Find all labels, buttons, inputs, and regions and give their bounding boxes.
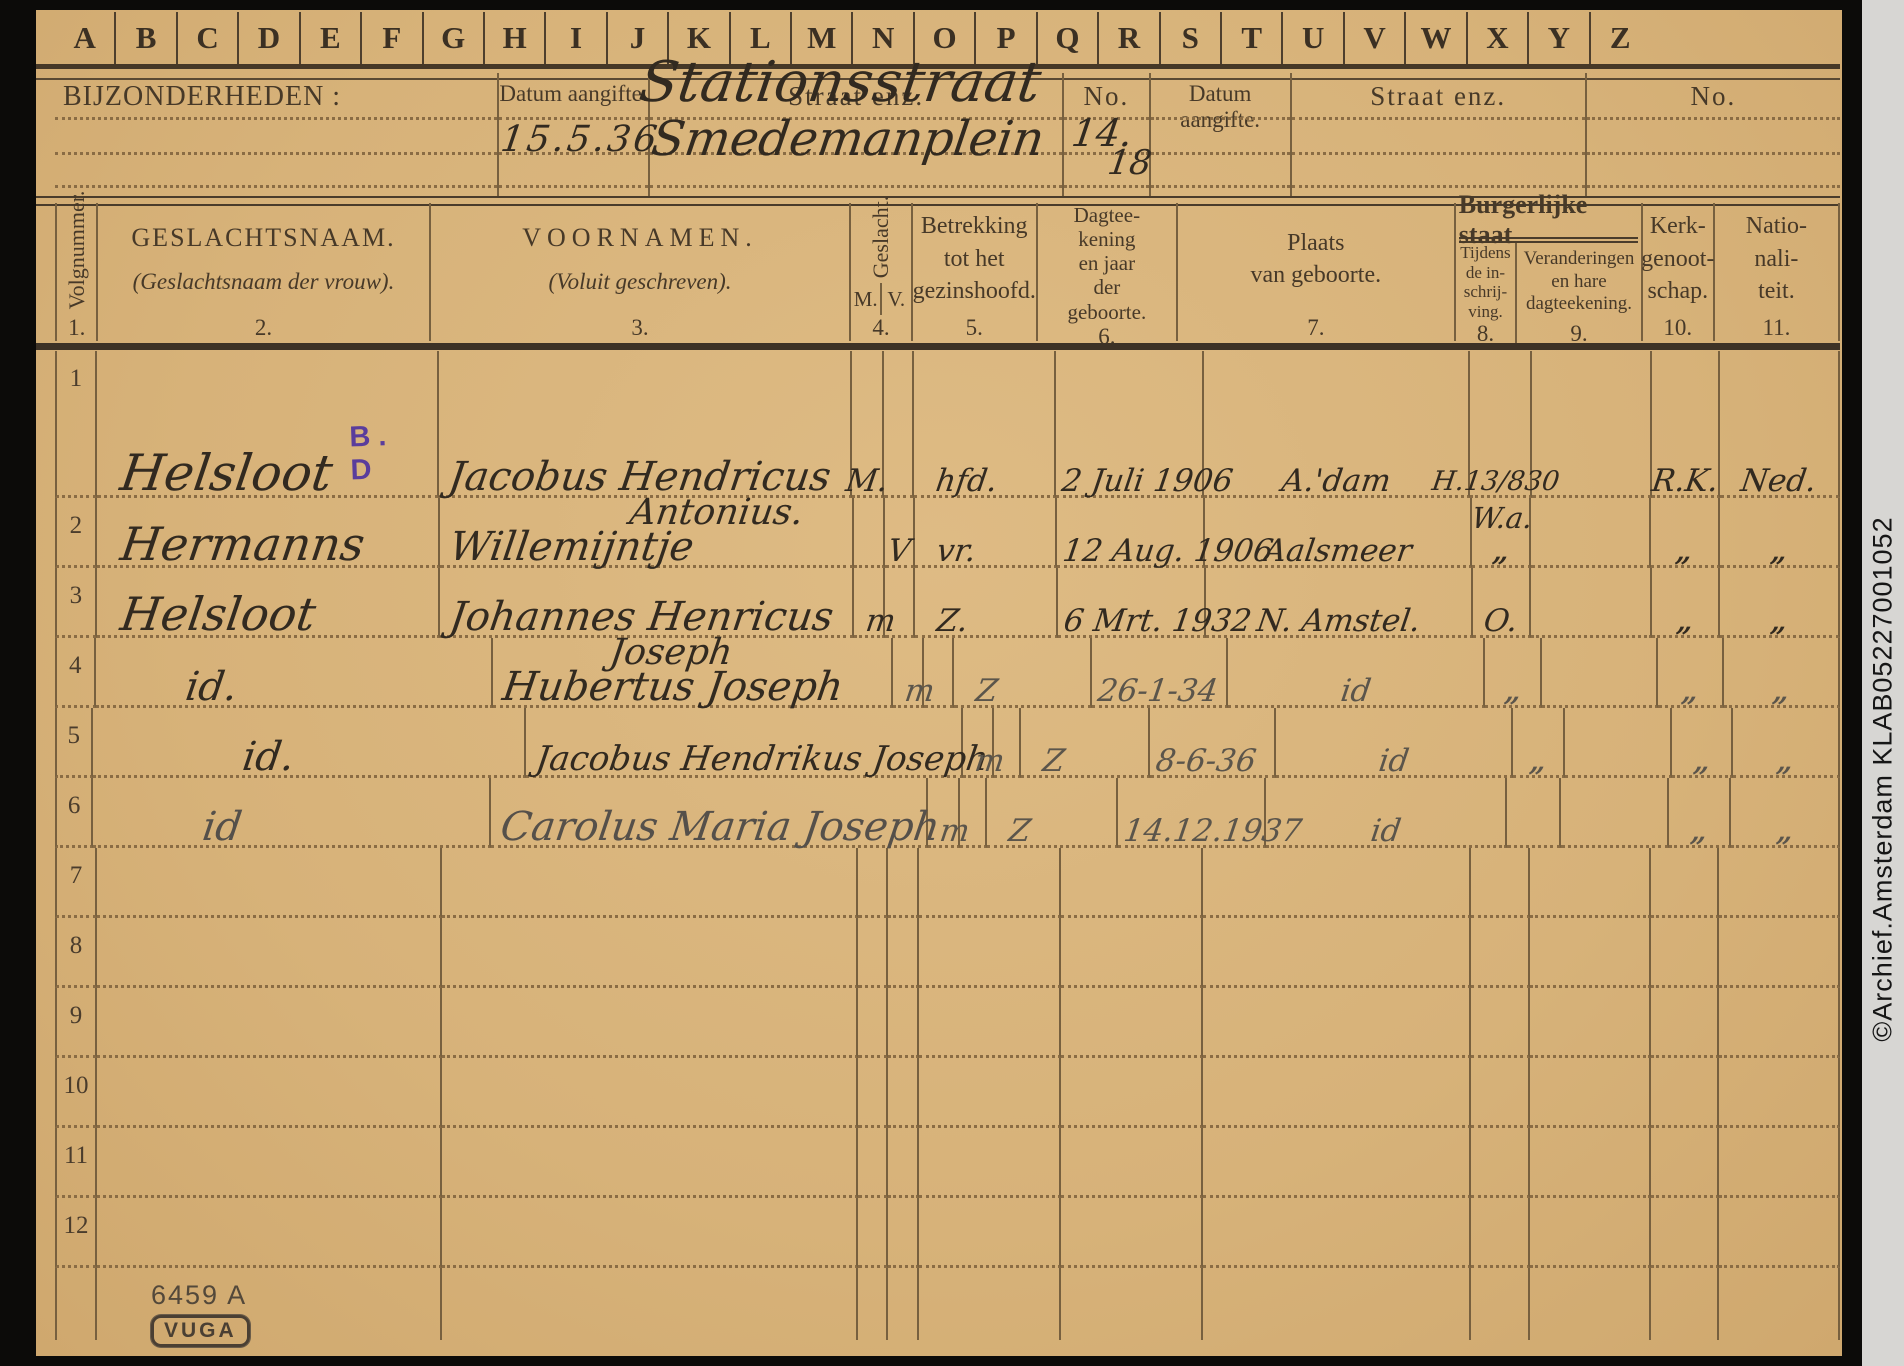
geslachtsnaam-cell: id.	[93, 708, 526, 778]
table-row-9: 9	[55, 988, 1840, 1058]
column-number: 3.	[431, 315, 850, 341]
ditto-mark: „	[1775, 820, 1794, 844]
plaats-cell: id	[1266, 778, 1507, 848]
voornamen-subtitle: (Voluit geschreven).	[548, 269, 731, 295]
kerkgenootschap-cell: „	[1651, 498, 1719, 568]
plaats-cell	[1203, 918, 1471, 988]
dotted-line	[1587, 117, 1840, 120]
handwritten-nationality: Ned.	[1740, 468, 1819, 494]
row-number: 2	[70, 512, 83, 540]
geboorte-cell: 26-1-34	[1092, 638, 1228, 708]
kerkgenootschap-cell	[1651, 988, 1720, 1058]
handwritten-surname: id.	[240, 740, 296, 774]
geboorte-cell	[1061, 918, 1202, 988]
ditto-mark: „	[1675, 540, 1694, 564]
burgerlijke-staat-cell: „	[1485, 638, 1542, 708]
row-number: 8	[70, 932, 83, 960]
no-column-right: No.	[1587, 73, 1840, 196]
kerkgenootschap-cell: „	[1658, 638, 1724, 708]
burgerlijke-staat-cell	[1471, 988, 1530, 1058]
voornamen-cell	[442, 918, 858, 988]
nationaliteit-cell	[1719, 1128, 1840, 1198]
alphabet-cell: A	[55, 12, 114, 64]
handwritten-birthplace: A.'dam	[1280, 468, 1392, 494]
handwritten-street-1: Stationsstraat	[637, 59, 1044, 107]
straat-label: Straat enz.	[1292, 81, 1585, 112]
alphabet-cell: D	[237, 12, 298, 64]
betrekking-cell: Z	[1021, 708, 1150, 778]
veranderingen-cell	[1542, 638, 1658, 708]
betrekking-cell: Z.	[915, 568, 1057, 638]
plaats-cell: id	[1228, 638, 1486, 708]
handwritten-surname: Hermanns	[118, 525, 367, 564]
handwritten-relation: Z.	[936, 608, 971, 634]
veranderingen-cell	[1565, 708, 1672, 778]
geslacht-v-cell	[888, 1058, 919, 1128]
footer-cell	[1719, 1268, 1840, 1340]
nationaliteit-label: Natio- nali- teit.	[1746, 210, 1807, 307]
geslachtsnaam-cell: Helsloot	[97, 568, 440, 638]
alphabet-cell: T	[1220, 12, 1281, 64]
handwritten-sex: V	[886, 538, 912, 564]
datum-aangifte-label: Datum aangifte.	[1151, 81, 1290, 133]
geslachtsnaam-cell	[97, 1128, 441, 1198]
burgerlijke-staat-cell: O.	[1473, 568, 1532, 638]
row-number-cell: 11	[55, 1128, 97, 1198]
burgerlijke-staat-cell	[1507, 778, 1560, 848]
plaats-cell: id	[1276, 708, 1513, 778]
geslachtsnaam-cell: id.	[96, 638, 494, 708]
geslachtsnaam-cell	[97, 1058, 441, 1128]
handwritten-firstnames: Carolus Maria Joseph	[499, 810, 942, 844]
row-number: 4	[69, 652, 82, 680]
dotted-line	[650, 185, 1062, 188]
divider-rule	[36, 343, 1840, 350]
ditto-mark: „	[1503, 680, 1522, 704]
handwritten-street-2: Smedemanplein	[649, 119, 1046, 160]
kerkgenootschap-cell: „	[1669, 778, 1731, 848]
geslacht-m-cell	[858, 988, 889, 1058]
alphabet-cell: X	[1466, 12, 1527, 64]
header-volgnummer: Volgnummer. 1.	[55, 203, 98, 341]
kerkgenootschap-cell	[1651, 848, 1720, 918]
header-voornamen: VOORNAMEN. (Voluit geschreven). 3.	[431, 203, 852, 341]
header-nationaliteit: Natio- nali- teit. 11.	[1715, 203, 1840, 341]
row-number-cell: 6	[55, 778, 93, 848]
row-number-cell: 7	[55, 848, 97, 918]
veranderingen-label: Veranderingen en hare dagteekening.	[1524, 248, 1635, 316]
table-header: Volgnummer. 1. GESLACHTSNAAM. (Geslachts…	[55, 203, 1840, 341]
geslacht-v-cell	[885, 568, 915, 638]
footer-cell	[97, 1268, 441, 1340]
handwritten-birthplace: id	[1369, 818, 1402, 844]
burgerlijke-staat-cell	[1471, 918, 1530, 988]
kerkgenootschap-label: Kerk- genoot- schap.	[1641, 210, 1714, 307]
alphabet-cell: S	[1159, 12, 1220, 64]
veranderingen-cell	[1530, 988, 1651, 1058]
dotted-line	[1064, 185, 1148, 188]
geboorte-cell	[1061, 988, 1202, 1058]
geslacht-v-cell	[888, 1198, 919, 1268]
geboorte-cell	[1061, 1128, 1202, 1198]
geboorte-cell	[1061, 1058, 1202, 1128]
column-number: 10.	[1643, 315, 1713, 341]
row-number: 12	[64, 1212, 89, 1240]
handwritten-birthplace: id	[1339, 678, 1372, 704]
nationaliteit-cell: „	[1724, 638, 1840, 708]
purple-stamp: B. D	[349, 419, 438, 488]
footer-cell	[1203, 1268, 1471, 1340]
betrekking-cell: vr.	[915, 498, 1057, 568]
kerkgenootschap-cell	[1651, 1128, 1720, 1198]
veranderingen-cell	[1561, 778, 1670, 848]
geslacht-v-cell	[960, 778, 988, 848]
volgnummer-label: Volgnummer.	[64, 191, 90, 310]
geslacht-m-cell	[854, 498, 884, 568]
plaats-cell	[1203, 988, 1471, 1058]
nationaliteit-cell: „	[1720, 498, 1840, 568]
datum-aangifte-column-left: Datum aangifte. 15.5.36	[499, 73, 650, 196]
geslachtsnaam-cell	[97, 988, 441, 1058]
veranderingen-cell	[1531, 568, 1651, 638]
voornamen-cell: Jacobus Hendrikus Joseph	[526, 708, 963, 778]
veranderingen-cell	[1531, 498, 1651, 568]
row-number-cell: 9	[55, 988, 97, 1058]
table-row-4: 4 id. Hubertus Joseph m Z 26-1-34 id „ „…	[55, 638, 1840, 708]
geslacht-m-cell	[858, 918, 889, 988]
geslacht-m-cell	[858, 1128, 889, 1198]
voornamen-cell	[442, 1058, 858, 1128]
plaats-cell	[1203, 848, 1471, 918]
kerkgenootschap-cell	[1651, 1198, 1720, 1268]
kerkgenootschap-cell	[1651, 1058, 1720, 1128]
geslacht-m-cell	[858, 848, 889, 918]
row-number: 5	[68, 722, 81, 750]
alphabet-cell: R	[1097, 12, 1158, 64]
archive-watermark-text: ©Archief.Amsterdam KLAB05227001052	[1868, 516, 1899, 1041]
alphabet-cell: E	[299, 12, 360, 64]
voornamen-cell	[442, 848, 858, 918]
betrekking-cell	[919, 1128, 1062, 1198]
burgerlijke-staat-cell	[1471, 848, 1530, 918]
veranderingen-cell	[1530, 1058, 1651, 1128]
ditto-mark: „	[1769, 610, 1788, 634]
geboorte-cell: 14.12.1937	[1118, 778, 1266, 848]
burgerlijke-staat-cell: „	[1513, 708, 1565, 778]
vuga-logo: VUGA	[151, 1315, 250, 1347]
footer-cell	[55, 1268, 97, 1340]
alphabet-cell: G	[422, 12, 483, 64]
burgerlijke-staat-cell	[1471, 1058, 1530, 1128]
nationaliteit-cell: „	[1720, 568, 1840, 638]
footer-cell	[1061, 1268, 1202, 1340]
row-number-cell: 5	[55, 708, 93, 778]
row-number: 3	[70, 582, 83, 610]
form-identification: 6459 A VUGA	[151, 1280, 250, 1347]
nationaliteit-cell	[1719, 1198, 1840, 1268]
bijzonderheden-column: BIJZONDERHEDEN :	[55, 73, 499, 196]
table-row-11: 11	[55, 1128, 1840, 1198]
no-label: No.	[1587, 81, 1840, 112]
tijdens-inschrijving-label: Tijdens de in- schrij- ving.	[1460, 243, 1510, 321]
plaats-cell	[1203, 1058, 1471, 1128]
handwritten-firstnames: Willemijntje	[448, 530, 696, 564]
geslacht-v-cell	[994, 708, 1021, 778]
geslacht-m-cell	[858, 1198, 889, 1268]
burgerlijke-staat-cell: „	[1472, 498, 1531, 568]
handwritten-relation: hfd.	[934, 468, 999, 494]
column-number: 7.	[1178, 315, 1454, 341]
row-number-cell: 8	[55, 918, 97, 988]
geslacht-v-cell	[888, 988, 919, 1058]
bijzonderheden-label: BIJZONDERHEDEN :	[55, 81, 341, 113]
no-column-left: No. 14. 18	[1064, 73, 1150, 196]
betrekking-cell: Z	[954, 638, 1092, 708]
kerkgenootschap-cell	[1651, 918, 1720, 988]
row-number-cell: 1	[55, 351, 97, 498]
plaats-cell	[1203, 1198, 1471, 1268]
handwritten-firstnames: Jacobus Hendrikus Joseph	[534, 745, 990, 774]
row-number: 6	[68, 792, 81, 820]
handwritten-surname: id	[201, 810, 244, 844]
geboorte-cell	[1061, 1198, 1202, 1268]
dotted-line	[1151, 152, 1290, 155]
dotted-line	[1292, 117, 1585, 120]
table-row-6: 6 id Carolus Maria Joseph m Z 14.12.1937…	[55, 778, 1840, 848]
header-burgerlijke-staat-group: Burgerlijke staat Tijdens de in- schrij-…	[1456, 203, 1643, 341]
nationaliteit-cell	[1719, 1058, 1840, 1128]
burgerlijke-staat-label: Burgerlijke staat	[1459, 203, 1638, 243]
dotted-line	[1151, 185, 1290, 188]
dotted-line	[1587, 185, 1840, 188]
header-plaats: Plaats van geboorte. 7.	[1178, 203, 1456, 341]
nationaliteit-cell	[1719, 988, 1840, 1058]
table-body: 1 Helsloot B. D Jacobus Hendricus Antoni…	[55, 351, 1840, 1340]
geslacht-v-cell	[888, 918, 919, 988]
geslacht-m-label: M.	[851, 283, 882, 315]
kerkgenootschap-cell: „	[1652, 568, 1720, 638]
footer-cell	[919, 1268, 1062, 1340]
betrekking-label: Betrekking tot het gezinshoofd.	[913, 210, 1036, 307]
voornamen-cell	[442, 1198, 858, 1268]
header-geslacht: Geslacht. M. V. 4.	[851, 203, 912, 341]
dotted-line	[55, 117, 497, 120]
table-row-10: 10	[55, 1058, 1840, 1128]
dotted-line	[1151, 117, 1290, 120]
ditto-mark: „	[1491, 540, 1510, 564]
dagteekening-label: Dagtee- kening en jaar der geboorte.	[1067, 203, 1146, 324]
straat-column-right: Straat enz.	[1292, 73, 1587, 196]
handwritten-datum-aangifte: 15.5.36	[499, 125, 662, 156]
dotted-line	[55, 185, 497, 188]
geboorte-cell	[1061, 848, 1202, 918]
row-number-cell: 10	[55, 1058, 97, 1128]
archive-watermark-strip: ©Archief.Amsterdam KLAB05227001052	[1862, 0, 1904, 1366]
geslacht-m-cell: m	[893, 638, 924, 708]
datum-aangifte-column-right: Datum aangifte.	[1151, 73, 1292, 196]
table-row-7: 7	[55, 848, 1840, 918]
ditto-mark: „	[1528, 750, 1547, 774]
betrekking-cell	[919, 848, 1062, 918]
geslachtsnaam-title: GESLACHTSNAAM.	[131, 223, 395, 253]
alphabet-cell: B	[114, 12, 175, 64]
geslacht-v-cell	[888, 848, 919, 918]
veranderingen-cell	[1530, 1128, 1651, 1198]
table-row-2: 2 Hermanns Willemijntje V vr. 12 Aug. 19…	[55, 498, 1840, 568]
betrekking-cell: Z	[987, 778, 1118, 848]
betrekking-cell	[919, 988, 1062, 1058]
dotted-line	[499, 185, 648, 188]
dotted-line	[1292, 152, 1585, 155]
ditto-mark: „	[1690, 820, 1709, 844]
handwritten-house-number-2: 18	[1106, 149, 1153, 178]
geslacht-m-cell	[858, 1058, 889, 1128]
column-number: 2.	[98, 315, 428, 341]
nationaliteit-cell: Ned.	[1720, 351, 1840, 498]
row-number-cell: 4	[55, 638, 96, 708]
handwritten-birthplace: N. Amstel.	[1255, 608, 1422, 634]
geslacht-v-cell: V	[885, 498, 915, 568]
handwritten-relation: Z	[1008, 818, 1033, 844]
voornamen-cell	[442, 988, 858, 1058]
volgnummer-label-zone: Volgnummer.	[57, 203, 96, 315]
handwritten-birthdate: 8-6-36	[1155, 748, 1259, 774]
geslacht-v-cell	[884, 351, 914, 498]
footer-cell	[1651, 1268, 1720, 1340]
nationaliteit-cell	[1719, 918, 1840, 988]
straat-column-left: Straat enz. Stationsstraat Smedemanplein	[650, 73, 1064, 196]
column-number: 1.	[57, 315, 96, 341]
alphabet-cell: Y	[1527, 12, 1588, 64]
registration-section: BIJZONDERHEDEN : Datum aangifte. 15.5.36…	[55, 73, 1840, 196]
alphabet-cell: C	[176, 12, 237, 64]
ditto-mark: „	[1692, 750, 1711, 774]
alphabet-cell: W	[1404, 12, 1465, 64]
dotted-line	[55, 152, 497, 155]
alphabet-cell: H	[483, 12, 544, 64]
geslacht-m-cell: M.	[852, 351, 884, 498]
veranderingen-cell	[1530, 1198, 1651, 1268]
geslacht-m-cell: m	[928, 778, 959, 848]
ditto-mark: „	[1675, 610, 1694, 634]
header-betrekking: Betrekking tot het gezinshoofd. 5.	[913, 203, 1038, 341]
plaats-cell: N. Amstel.	[1206, 568, 1473, 638]
geslacht-mv-row: M. V.	[851, 283, 910, 315]
plaats-cell: A.'dam	[1204, 351, 1470, 498]
geslacht-m-cell: m	[854, 568, 885, 638]
betrekking-cell	[919, 918, 1062, 988]
table-row-3: 3 Helsloot Johannes Henricus Joseph m Z.…	[55, 568, 1840, 638]
handwritten-birthplace: id	[1377, 748, 1410, 774]
handwritten-religion: R.K.	[1650, 468, 1720, 494]
geslachtsnaam-subtitle: (Geslachtsnaam der vrouw).	[133, 269, 395, 295]
geboorte-cell: 6 Mrt. 1932	[1058, 568, 1206, 638]
handwritten-sex: M.	[844, 468, 889, 494]
alphabet-cell: Q	[1036, 12, 1097, 64]
table-row-12: 12	[55, 1198, 1840, 1268]
dotted-line	[1587, 152, 1840, 155]
plaats-cell: Aalsmeer	[1205, 498, 1472, 568]
handwritten-birthdate: 26-1-34	[1096, 678, 1219, 704]
header-dagteekening: Dagtee- kening en jaar der geboorte. 6.	[1038, 203, 1178, 341]
kerkgenootschap-cell: „	[1672, 708, 1733, 778]
header-geslachtsnaam: GESLACHTSNAAM. (Geslachtsnaam der vrouw)…	[98, 203, 430, 341]
table-row-1: 1 Helsloot B. D Jacobus Hendricus Antoni…	[55, 351, 1840, 498]
handwritten-relation: Z	[1042, 748, 1067, 774]
handwritten-firstnames: Johannes Henricus	[447, 600, 835, 634]
footer-cell	[888, 1268, 919, 1340]
betrekking-cell: hfd.	[914, 351, 1056, 498]
veranderingen-cell	[1532, 351, 1652, 498]
alphabet-cell: Z	[1589, 12, 1650, 64]
handwritten-surname: Helsloot	[118, 595, 318, 634]
voornamen-cell: Johannes Henricus Joseph	[440, 568, 854, 638]
alphabet-cell: U	[1281, 12, 1342, 64]
datum-aangifte-label: Datum aangifte.	[499, 81, 648, 107]
voornamen-cell: Carolus Maria Joseph	[491, 778, 928, 848]
dotted-line	[1292, 185, 1585, 188]
voornamen-cell	[442, 1128, 858, 1198]
voornamen-title: VOORNAMEN.	[522, 223, 758, 253]
handwritten-relation: vr.	[935, 538, 977, 564]
column-number: 5.	[913, 315, 1036, 341]
geslachtsnaam-cell	[97, 918, 441, 988]
geslacht-m-cell: m	[963, 708, 994, 778]
geslachtsnaam-cell	[97, 1198, 441, 1268]
geslachtsnaam-cell	[97, 848, 441, 918]
row-number: 1	[70, 365, 83, 393]
geslacht-label: Geslacht.	[868, 195, 894, 277]
plaats-cell	[1203, 1128, 1471, 1198]
row-number-cell: 12	[55, 1198, 97, 1268]
no-label: No.	[1064, 81, 1148, 112]
footer-cell	[858, 1268, 889, 1340]
footer-cell	[1471, 1268, 1530, 1340]
ditto-mark: „	[1769, 540, 1788, 564]
handwritten-civil-status: O.	[1482, 608, 1519, 634]
betrekking-cell	[919, 1198, 1062, 1268]
row-number-cell: 3	[55, 568, 97, 638]
table-row-5: 5 id. Jacobus Hendrikus Joseph m Z 8-6-3…	[55, 708, 1840, 778]
footer-cell	[1530, 1268, 1651, 1340]
veranderingen-cell	[1530, 918, 1651, 988]
header-kerkgenootschap: Kerk- genoot- schap. 10.	[1643, 203, 1715, 341]
handwritten-surname: id.	[183, 670, 239, 704]
footer-cell	[442, 1268, 858, 1340]
alphabet-cell: F	[360, 12, 421, 64]
handwritten-surname: Helsloot	[118, 452, 335, 495]
nationaliteit-cell: „	[1733, 708, 1840, 778]
voornamen-cell: Willemijntje	[440, 498, 854, 568]
handwritten-relation: Z	[974, 678, 999, 704]
voornamen-cell: Hubertus Joseph	[493, 638, 893, 708]
nationaliteit-cell: „	[1731, 778, 1840, 848]
handwritten-birthplace: Aalsmeer	[1262, 538, 1413, 564]
geboorte-cell: 2 Juli 1906	[1056, 351, 1204, 498]
handwritten-firstnames: Jacobus Hendricus	[446, 460, 832, 494]
handwritten-firstnames: Hubertus Joseph	[501, 670, 846, 704]
burgerlijke-staat-cell: H.13/830 W.a.	[1470, 351, 1532, 498]
ditto-mark: „	[1776, 750, 1795, 774]
betrekking-cell	[919, 1058, 1062, 1128]
geslacht-v-cell	[888, 1128, 919, 1198]
geslacht-v-cell	[924, 638, 953, 708]
column-number: 4.	[851, 315, 910, 341]
row-number-cell: 2	[55, 498, 97, 568]
row-number: 11	[64, 1142, 88, 1170]
row-number: 9	[70, 1002, 83, 1030]
row-number: 7	[70, 862, 83, 890]
